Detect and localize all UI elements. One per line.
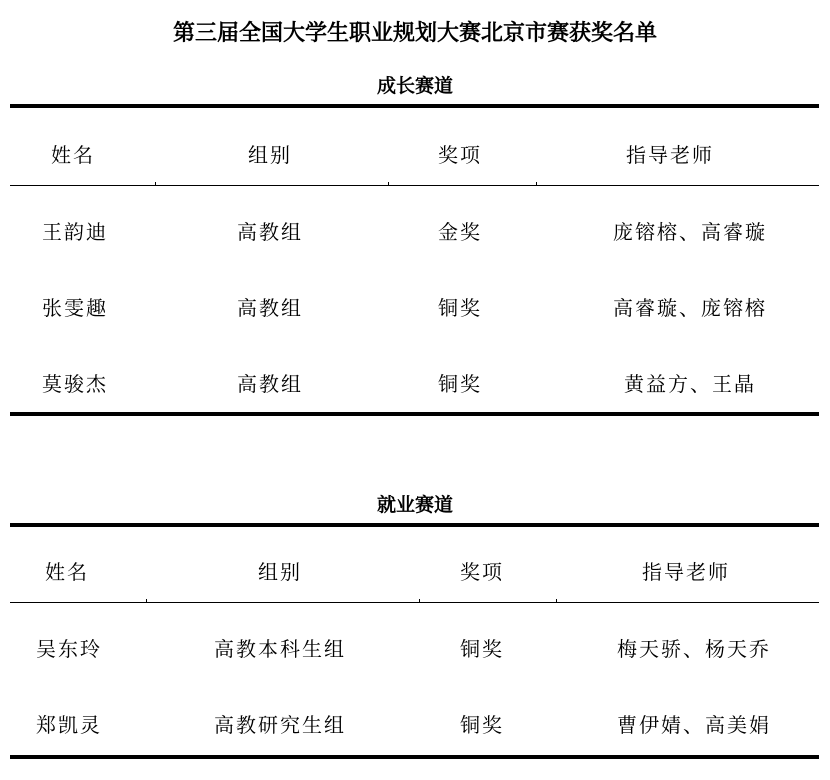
header-group: 组别 <box>230 140 310 170</box>
cell-advisor: 梅天骄、杨天乔 <box>594 634 794 664</box>
table-top-rule <box>10 523 819 527</box>
table-top-rule <box>10 104 819 108</box>
cell-name: 郑凯灵 <box>24 710 114 740</box>
header-rule <box>10 602 819 603</box>
cell-advisor: 庞镕榕、高睿璇 <box>590 217 790 247</box>
table-row: 莫骏杰 高教组 铜奖 黄益方、王晶 <box>10 369 819 399</box>
section-title: 成长赛道 <box>0 73 830 99</box>
table-header-row: 姓名 组别 奖项 指导老师 <box>10 140 819 170</box>
column-tick <box>536 182 537 185</box>
cell-group: 高教组 <box>220 369 320 399</box>
column-tick <box>556 599 557 602</box>
header-group: 组别 <box>240 557 320 587</box>
table-bottom-rule <box>10 755 819 759</box>
column-tick <box>155 182 156 185</box>
cell-name: 王韵迪 <box>30 217 120 247</box>
cell-group: 高教研究生组 <box>200 710 360 740</box>
cell-name: 张雯趣 <box>30 293 120 323</box>
table-row: 吴东玲 高教本科生组 铜奖 梅天骄、杨天乔 <box>10 634 819 664</box>
cell-group: 高教组 <box>220 293 320 323</box>
cell-advisor: 曹伊婧、高美娟 <box>594 710 794 740</box>
header-advisor: 指导老师 <box>610 140 730 170</box>
header-advisor: 指导老师 <box>626 557 746 587</box>
table-bottom-rule <box>10 412 819 416</box>
header-rule <box>10 185 819 186</box>
cell-award: 铜奖 <box>442 710 522 740</box>
table-row: 王韵迪 高教组 金奖 庞镕榕、高睿璇 <box>10 217 819 247</box>
header-name: 姓名 <box>38 140 108 170</box>
document-title: 第三届全国大学生职业规划大赛北京市赛获奖名单 <box>0 18 830 48</box>
cell-award: 铜奖 <box>420 369 500 399</box>
section-title: 就业赛道 <box>0 492 830 518</box>
cell-advisor: 高睿璇、庞镕榕 <box>590 293 790 323</box>
cell-name: 吴东玲 <box>24 634 114 664</box>
cell-group: 高教本科生组 <box>200 634 360 664</box>
cell-award: 铜奖 <box>420 293 500 323</box>
header-award: 奖项 <box>420 140 500 170</box>
column-tick <box>419 599 420 602</box>
cell-name: 莫骏杰 <box>30 369 120 399</box>
header-award: 奖项 <box>442 557 522 587</box>
table-row: 郑凯灵 高教研究生组 铜奖 曹伊婧、高美娟 <box>10 710 819 740</box>
cell-group: 高教组 <box>220 217 320 247</box>
column-tick <box>388 182 389 185</box>
cell-award: 铜奖 <box>442 634 522 664</box>
cell-advisor: 黄益方、王晶 <box>590 369 790 399</box>
header-name: 姓名 <box>32 557 102 587</box>
table-header-row: 姓名 组别 奖项 指导老师 <box>10 557 819 587</box>
column-tick <box>146 599 147 602</box>
table-row: 张雯趣 高教组 铜奖 高睿璇、庞镕榕 <box>10 293 819 323</box>
cell-award: 金奖 <box>420 217 500 247</box>
